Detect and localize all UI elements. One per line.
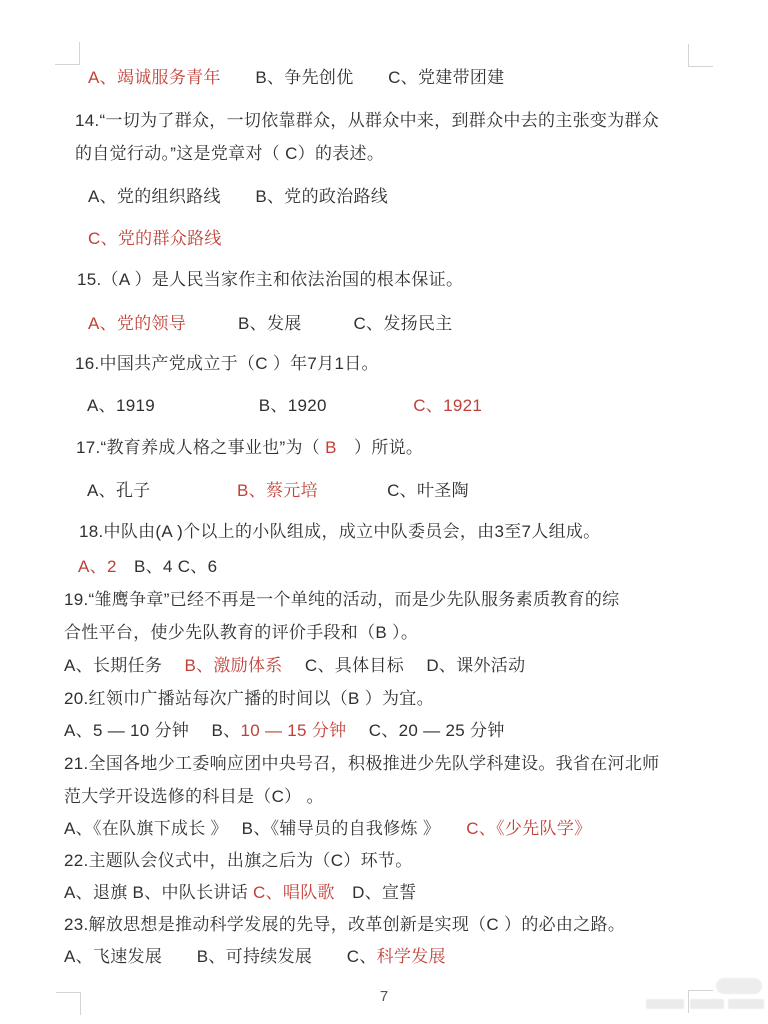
question-text: 范大学开设选修的科目是（C） 。	[64, 787, 324, 806]
q13-options: A、竭诚服务青年 B、争先创优 C、党建带团建	[88, 67, 504, 89]
question-text: 的自觉行动。”这是党章对（ C）的表述。	[75, 144, 384, 163]
question-text: A、长期任务	[64, 656, 184, 675]
q18-text: 18.中队由(A )个以上的小队组成，成立中队委员会，由3至7人组成。	[79, 521, 601, 543]
question-text: B、4 C、6	[117, 557, 218, 576]
margin-corner-mark-top-right	[688, 44, 713, 67]
answer-highlight-text: A、党的领导	[88, 314, 186, 333]
answer-highlight-text: 10 — 15 分钟	[240, 721, 346, 740]
question-text: 20.红领巾广播站每次广播的时间以（B ）为宜。	[64, 689, 434, 708]
q19-text-2: 合性平台，使少先队教育的评价手段和（B ）。	[64, 622, 418, 644]
q19-text-1: 19.“雏鹰争章”已经不再是一个单纯的活动，而是少先队服务素质教育的综	[64, 589, 619, 611]
question-text: 15.（A ）是人民当家作主和依法治国的根本保证。	[77, 270, 463, 289]
question-text: 17.“教育养成人格之事业也”为（	[76, 438, 325, 457]
question-text: B、发展 C、发扬民主	[186, 314, 452, 333]
question-text: 19.“雏鹰争章”已经不再是一个单纯的活动，而是少先队服务素质教育的综	[64, 590, 619, 609]
question-text: 23.解放思想是推动科学发展的先导，改革创新是实现（C ）的必由之路。	[64, 915, 625, 934]
watermark-text-blur	[646, 999, 684, 1009]
question-text: B、争先创优 C、党建带团建	[221, 68, 505, 87]
q23-text: 23.解放思想是推动科学发展的先导，改革创新是实现（C ）的必由之路。	[64, 914, 625, 936]
q14-answer: C、党的群众路线	[88, 228, 222, 250]
question-text: A、孔子	[87, 481, 237, 500]
q14-options: A、党的组织路线 B、党的政治路线	[88, 186, 388, 208]
q17-text: 17.“教育养成人格之事业也”为（ B ）所说。	[76, 437, 423, 459]
question-text: A、1919 B、1920	[87, 396, 413, 415]
q16-options: A、1919 B、1920 C、1921	[87, 395, 482, 417]
answer-highlight-text: B、激励体系	[184, 656, 282, 675]
question-text: C、具体目标 D、课外活动	[283, 656, 526, 675]
watermark-text-blur	[728, 999, 764, 1009]
q15-options: A、党的领导 B、发展 C、发扬民主	[88, 313, 453, 335]
question-text: 16.中国共产党成立于（C ）年7月1日。	[75, 354, 379, 373]
q21-text-2: 范大学开设选修的科目是（C） 。	[64, 786, 324, 808]
q17-options: A、孔子 B、蔡元培 C、叶圣陶	[87, 480, 469, 502]
question-text: C、叶圣陶	[318, 481, 469, 500]
question-text: ）所说。	[337, 438, 424, 457]
answer-highlight-text: B、蔡元培	[237, 481, 318, 500]
question-text: 21.全国各地少工委响应团中央号召，积极推进少先队学科建设。我省在河北师	[64, 754, 659, 773]
watermark-text-blur	[690, 999, 724, 1009]
answer-highlight-text: C、《少先队学》	[466, 819, 591, 838]
q20-text: 20.红领巾广播站每次广播的时间以（B ）为宜。	[64, 688, 434, 710]
answer-highlight-text: A、2	[78, 557, 117, 576]
question-text: 合性平台，使少先队教育的评价手段和（B ）。	[64, 623, 418, 642]
question-text: 14.“一切为了群众，一切依靠群众，从群众中来，到群众中去的主张变为群众	[75, 111, 659, 130]
question-text: D、宣誓	[335, 883, 417, 902]
q22-options: A、退旗 B、中队长讲话 C、唱队歌 D、宣誓	[64, 882, 417, 904]
q21-options: A、《在队旗下成长 》 B、《辅导员的自我修炼 》 C、《少先队学》	[64, 818, 591, 840]
q20-options: A、5 — 10 分钟 B、10 — 15 分钟 C、20 — 25 分钟	[64, 720, 505, 742]
q22-text: 22.主题队会仪式中，出旗之后为（C）环节。	[64, 850, 413, 872]
question-text: C、20 — 25 分钟	[346, 721, 504, 740]
question-text: 18.中队由(A )个以上的小队组成，成立中队委员会，由3至7人组成。	[79, 522, 601, 541]
question-text: A、飞速发展 B、可持续发展 C、	[64, 947, 377, 966]
question-text: A、《在队旗下成长 》 B、《辅导员的自我修炼 》	[64, 819, 466, 838]
q14-text-2: 的自觉行动。”这是党章对（ C）的表述。	[75, 143, 384, 165]
watermark-badge	[716, 978, 762, 994]
margin-corner-mark-top-left	[55, 42, 80, 65]
answer-highlight-text: C、唱队歌	[253, 883, 335, 902]
answer-highlight-text: 科学发展	[377, 947, 446, 966]
q15-text: 15.（A ）是人民当家作主和依法治国的根本保证。	[77, 269, 463, 291]
question-text: A、党的组织路线 B、党的政治路线	[88, 187, 388, 206]
q14-text-1: 14.“一切为了群众，一切依靠群众，从群众中来，到群众中去的主张变为群众	[75, 110, 659, 132]
answer-highlight-text: B	[325, 438, 337, 457]
answer-highlight-text: A、竭诚服务青年	[88, 68, 221, 87]
q21-text-1: 21.全国各地少工委响应团中央号召，积极推进少先队学科建设。我省在河北师	[64, 753, 659, 775]
q19-options: A、长期任务 B、激励体系 C、具体目标 D、课外活动	[64, 655, 525, 677]
question-text: 22.主题队会仪式中，出旗之后为（C）环节。	[64, 851, 413, 870]
q23-options: A、飞速发展 B、可持续发展 C、科学发展	[64, 946, 446, 968]
q16-text: 16.中国共产党成立于（C ）年7月1日。	[75, 353, 379, 375]
question-text: A、5 — 10 分钟 B、	[64, 721, 240, 740]
question-text: A、退旗 B、中队长讲话	[64, 883, 253, 902]
q18-options: A、2 B、4 C、6	[78, 556, 217, 578]
answer-highlight-text: C、1921	[413, 396, 482, 415]
document-page: A、竭诚服务青年 B、争先创优 C、党建带团建14.“一切为了群众，一切依靠群众…	[0, 0, 768, 1024]
answer-highlight-text: C、党的群众路线	[88, 229, 222, 248]
